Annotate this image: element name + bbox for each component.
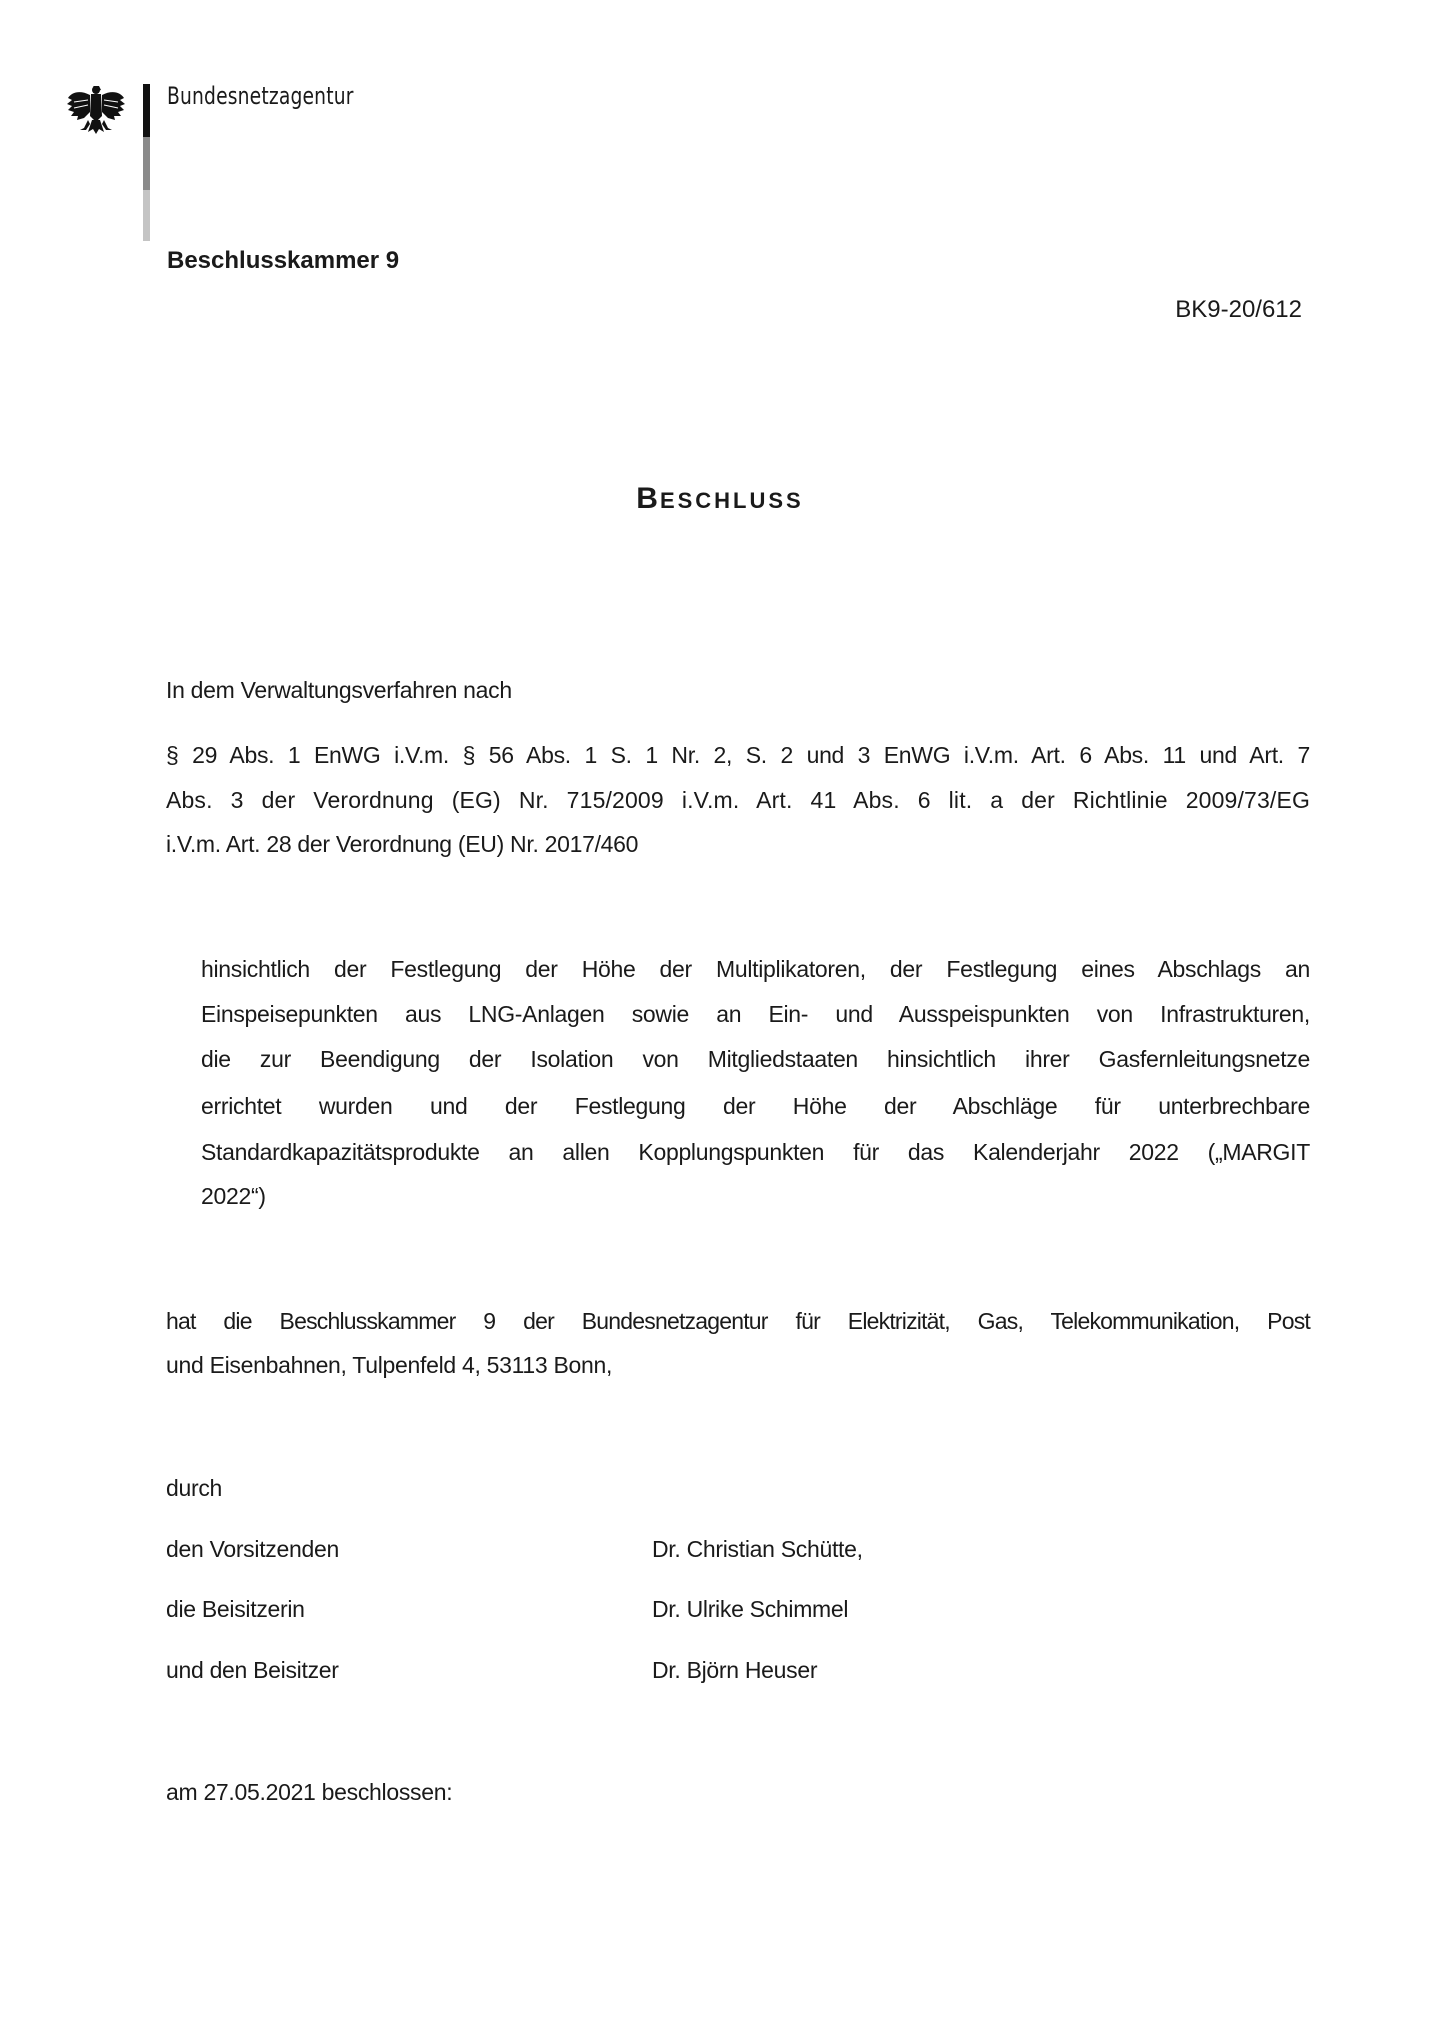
brand-bar-gray [143, 137, 150, 190]
legal-basis-line-3: i.V.m. Art. 28 der Verordnung (EU) Nr. 2… [166, 821, 1310, 867]
subject-line-6: 2022“) [201, 1173, 1310, 1219]
brand-bar-lightgray [143, 190, 150, 241]
brand-bar-black [143, 84, 150, 137]
agency-name: Bundesnetzagentur [167, 82, 354, 110]
member-name-chair: Dr. Christian Schütte, [652, 1526, 863, 1572]
authority-line-2: und Eisenbahnen, Tulpenfeld 4, 53113 Bon… [166, 1342, 1310, 1388]
case-number: BK9-20/612 [1175, 296, 1302, 324]
member-role-chair: den Vorsitzenden [166, 1526, 339, 1572]
chamber-name: Beschlusskammer 9 [167, 247, 399, 275]
member-role-assessor-1: die Beisitzerin [166, 1586, 305, 1632]
title-rest: ESCHLUSS [660, 488, 804, 513]
member-name-assessor-1: Dr. Ulrike Schimmel [652, 1586, 848, 1632]
federal-eagle-icon [64, 82, 128, 142]
intro-line: In dem Verwaltungsverfahren nach [166, 667, 1310, 713]
legal-basis-line-1: § 29 Abs. 1 EnWG i.V.m. § 56 Abs. 1 S. 1… [166, 732, 1310, 778]
document-title: BESCHLUSS [0, 482, 1440, 516]
by-label: durch [166, 1465, 222, 1511]
title-initial: B [636, 482, 660, 515]
member-role-assessor-2: und den Beisitzer [166, 1647, 339, 1693]
subject-line-3: die zur Beendigung der Isolation von Mit… [201, 1036, 1310, 1082]
authority-line-1: hat die Beschlusskammer 9 der Bundesnetz… [166, 1298, 1310, 1344]
member-name-assessor-2: Dr. Björn Heuser [652, 1647, 817, 1693]
legal-basis-line-2: Abs. 3 der Verordnung (EG) Nr. 715/2009 … [166, 777, 1310, 823]
decision-date-line: am 27.05.2021 beschlossen: [166, 1769, 452, 1815]
subject-line-4: errichtet wurden und der Festlegung der … [201, 1083, 1310, 1129]
subject-line-5: Standardkapazitätsprodukte an allen Kopp… [201, 1129, 1310, 1175]
subject-line-2: Einspeisepunkten aus LNG-Anlagen sowie a… [201, 991, 1310, 1037]
brand-color-bar [143, 84, 150, 241]
subject-line-1: hinsichtlich der Festlegung der Höhe der… [201, 946, 1310, 992]
